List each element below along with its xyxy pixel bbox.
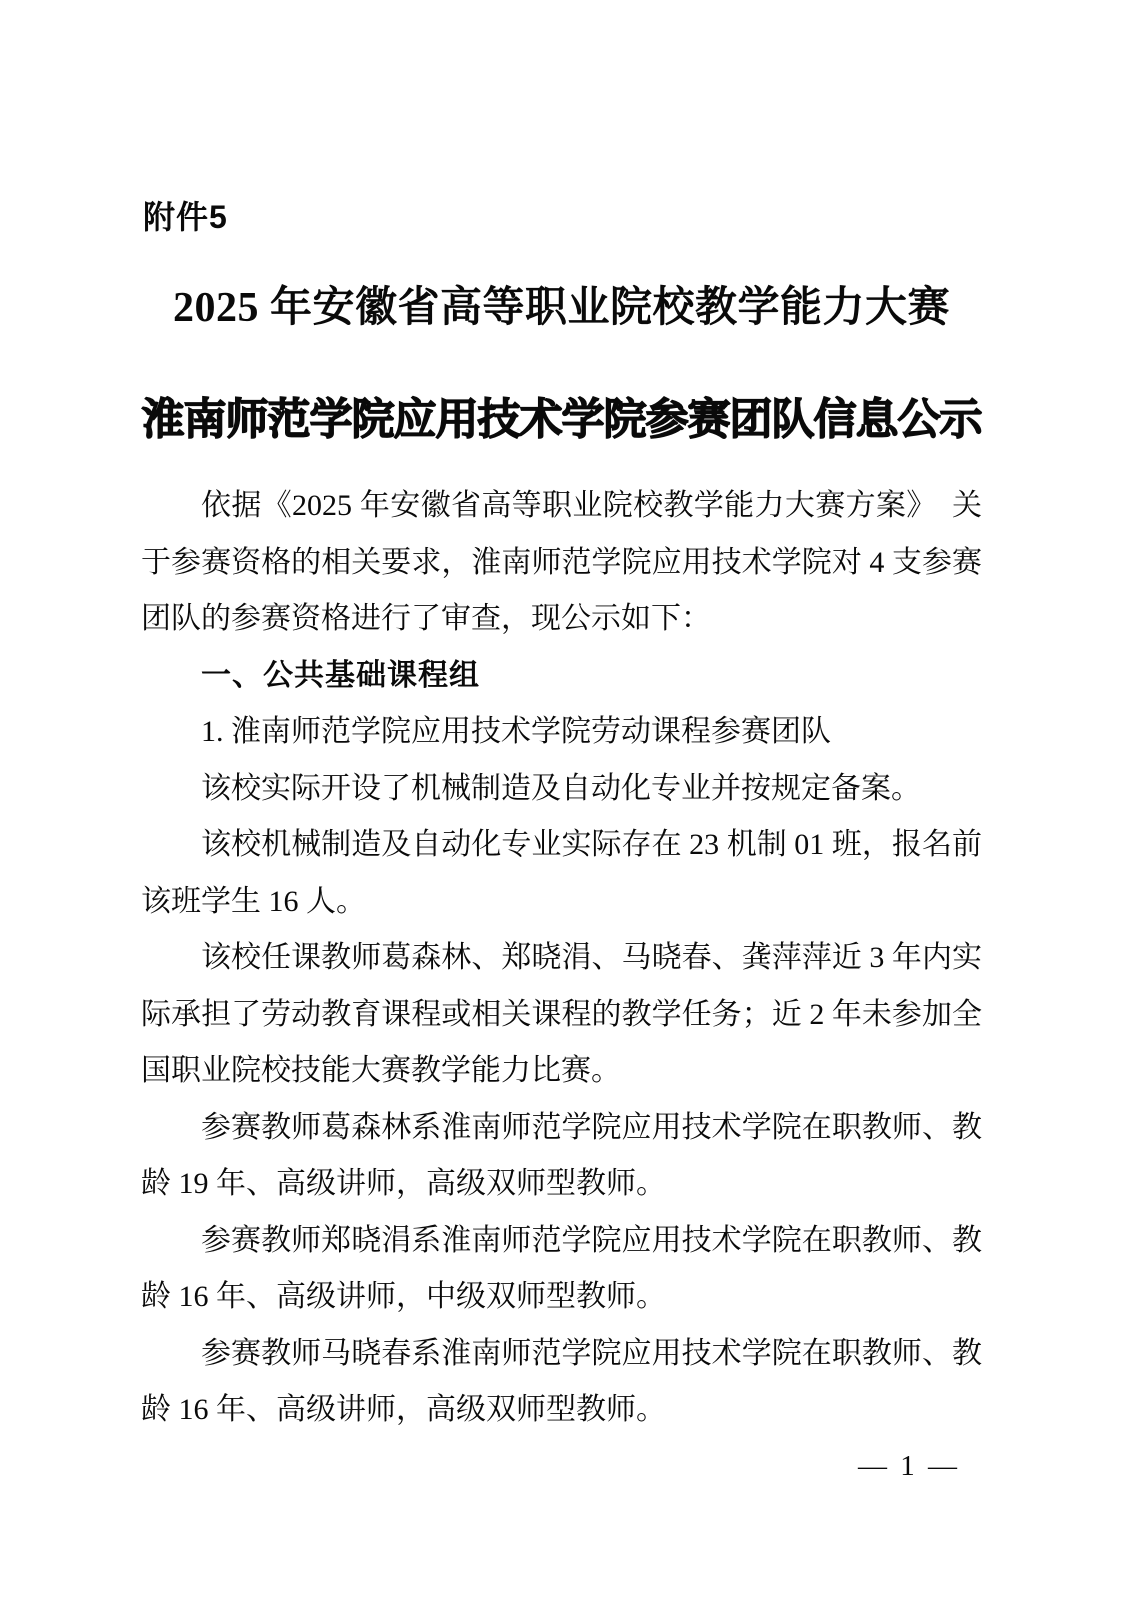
body-line: 际承担了劳动教育课程或相关课程的教学任务；近 2 年未参加全 [141,987,982,1044]
attachment-label: 附件5 [143,192,228,238]
body-line: 该校机械制造及自动化专业实际存在 23 机制 01 班，报名前 [141,817,982,874]
body-line: 龄 16 年、高级讲师，高级双师型教师。 [141,1382,982,1439]
section-heading: 一、公共基础课程组 [141,648,982,705]
body-line: 该校实际开设了机械制造及自动化专业并按规定备案。 [141,761,982,818]
body-line: 于参赛资格的相关要求，淮南师范学院应用技术学院对 4 支参赛 [141,535,982,592]
document-title-line2: 淮南师范学院应用技术学院参赛团队信息公示 [0,386,1123,447]
document-page: 附件5 2025 年安徽省高等职业院校教学能力大赛 淮南师范学院应用技术学院参赛… [0,0,1123,1600]
document-body: 依据《2025 年安徽省高等职业院校教学能力大赛方案》 关 于参赛资格的相关要求… [141,478,982,1439]
body-line: 龄 16 年、高级讲师，中级双师型教师。 [141,1269,982,1326]
body-line: 龄 19 年、高级讲师，高级双师型教师。 [141,1156,982,1213]
body-line: 该校任课教师葛森林、郑晓涓、马晓春、龚萍萍近 3 年内实 [141,930,982,987]
team-heading: 1. 淮南师范学院应用技术学院劳动课程参赛团队 [141,704,982,761]
page-number: — 1 — [858,1450,960,1483]
body-line: 参赛教师葛森林系淮南师范学院应用技术学院在职教师、教 [141,1100,982,1157]
body-line: 依据《2025 年安徽省高等职业院校教学能力大赛方案》 关 [141,478,982,535]
document-title-line1: 2025 年安徽省高等职业院校教学能力大赛 [0,274,1123,334]
body-line: 团队的参赛资格进行了审查，现公示如下： [141,591,982,648]
body-line: 参赛教师郑晓涓系淮南师范学院应用技术学院在职教师、教 [141,1213,982,1270]
body-line: 该班学生 16 人。 [141,874,982,931]
body-line: 参赛教师马晓春系淮南师范学院应用技术学院在职教师、教 [141,1326,982,1383]
body-line: 国职业院校技能大赛教学能力比赛。 [141,1043,982,1100]
